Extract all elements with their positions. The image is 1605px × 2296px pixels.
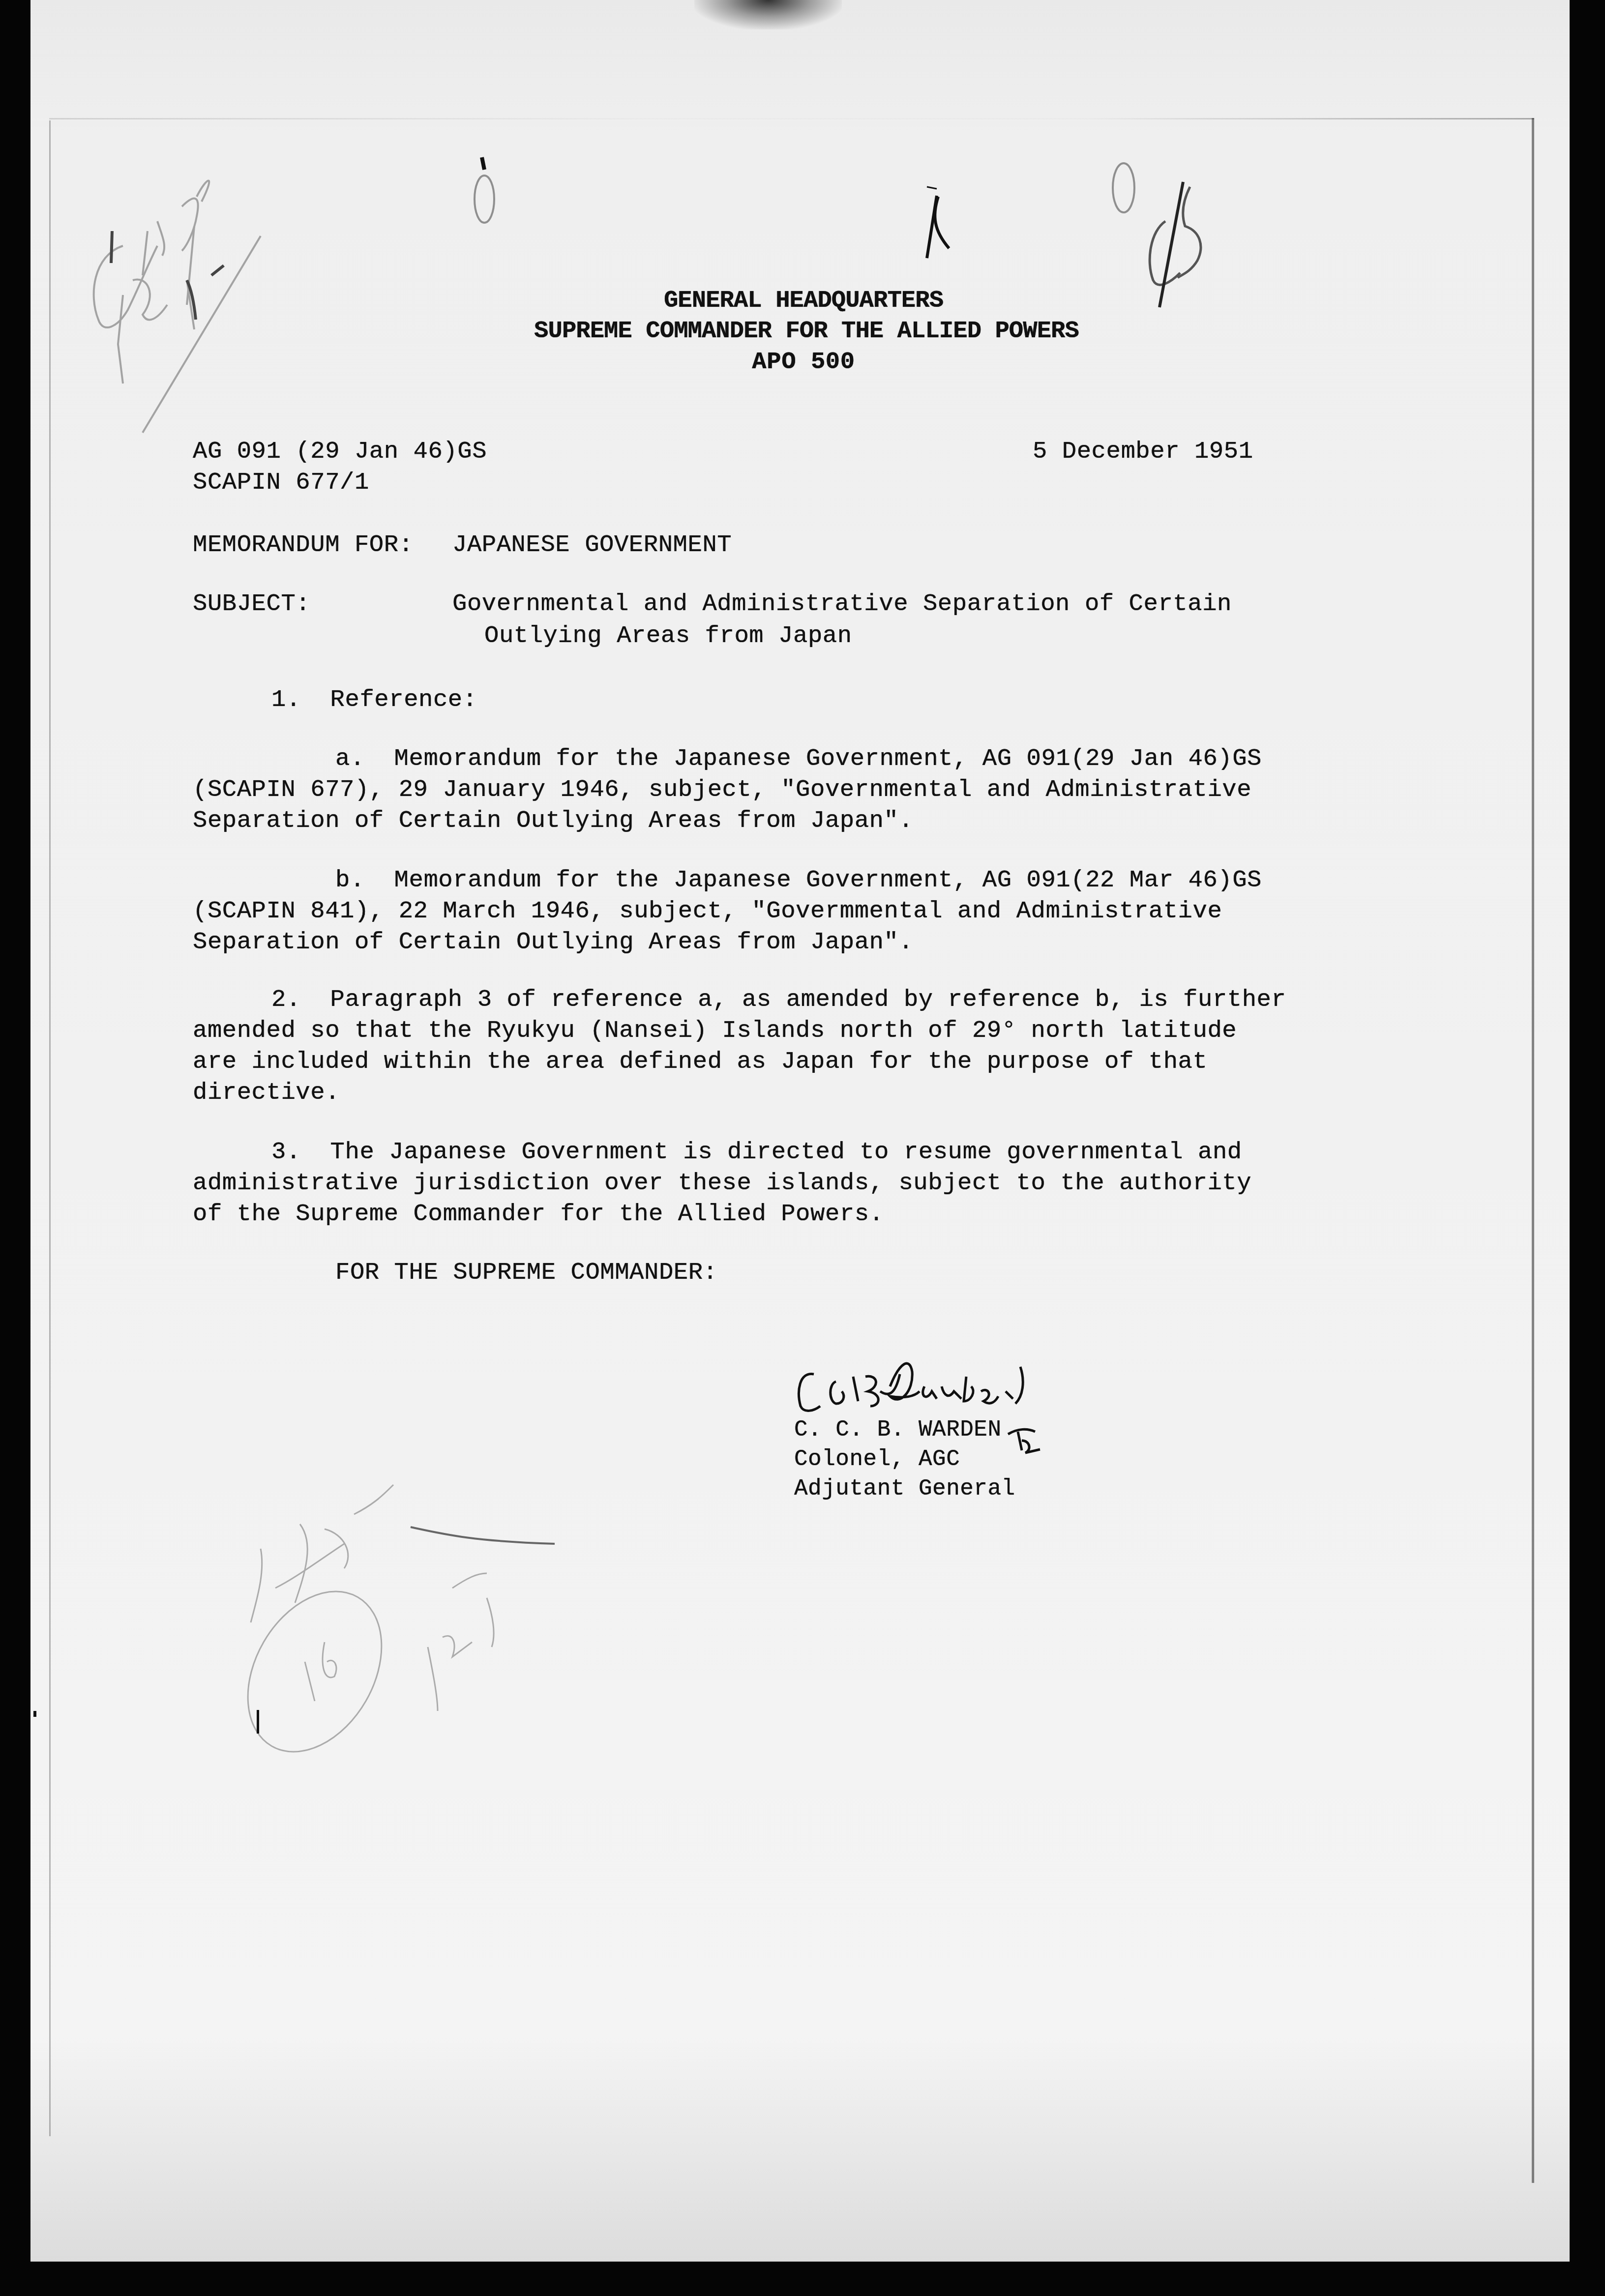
reference-b-line: (SCAPIN 841), 22 March 1946, subject, "G… xyxy=(193,895,1222,927)
reference-a-line: (SCAPIN 677), 29 January 1946, subject, … xyxy=(193,773,1251,806)
paragraph-3-line: of the Supreme Commander for the Allied … xyxy=(193,1198,884,1230)
reference-b-line: Separation of Certain Outlying Areas fro… xyxy=(193,926,913,958)
memorandum-for-value: JAPANESE GOVERNMENT xyxy=(452,529,732,561)
page-edge-left xyxy=(49,120,51,2136)
paragraph-2-line: are included within the area defined as … xyxy=(193,1045,1207,1078)
reference-b-line: b. Memorandum for the Japanese Governmen… xyxy=(335,864,1262,896)
closing-line: FOR THE SUPREME COMMANDER: xyxy=(335,1256,718,1289)
signer-title: Adjutant General xyxy=(794,1472,1015,1505)
letterhead-line-2: SUPREME COMMANDER FOR THE ALLIED POWERS xyxy=(492,315,1121,347)
memo-date: 5 December 1951 xyxy=(1033,435,1253,468)
scapin-number: SCAPIN 677/1 xyxy=(193,466,369,499)
paragraph-2-line: directive. xyxy=(193,1076,340,1109)
subject-line-2: Outlying Areas from Japan xyxy=(484,619,852,652)
page-edge-right xyxy=(1532,118,1534,2183)
paragraph-2-line: amended so that the Ryukyu (Nansei) Isla… xyxy=(193,1014,1237,1047)
reference-a-line: a. Memorandum for the Japanese Governmen… xyxy=(335,742,1262,775)
paragraph-3-line: 3. The Japanese Government is directed t… xyxy=(271,1136,1242,1168)
paragraph-2-line: 2. Paragraph 3 of reference a, as amende… xyxy=(271,983,1286,1016)
file-number: AG 091 (29 Jan 46)GS xyxy=(193,435,487,468)
letterhead-line-1: GENERAL HEADQUARTERS xyxy=(607,284,1000,317)
memorandum-for-label: MEMORANDUM FOR: xyxy=(193,529,414,561)
page-edge-top xyxy=(49,118,1534,119)
paragraph-3-line: administrative jurisdiction over these i… xyxy=(193,1167,1251,1199)
subject-line-1: Governmental and Administrative Separati… xyxy=(452,588,1232,620)
reference-a-line: Separation of Certain Outlying Areas fro… xyxy=(193,804,913,837)
signer-rank: Colonel, AGC xyxy=(794,1443,960,1475)
letterhead-line-3: APO 500 xyxy=(705,346,902,378)
signer-name: C. C. B. WARDEN xyxy=(794,1413,1002,1446)
scan-shadow xyxy=(694,0,842,29)
paragraph-1-heading: 1. Reference: xyxy=(271,683,477,716)
subject-label: SUBJECT: xyxy=(193,588,310,620)
